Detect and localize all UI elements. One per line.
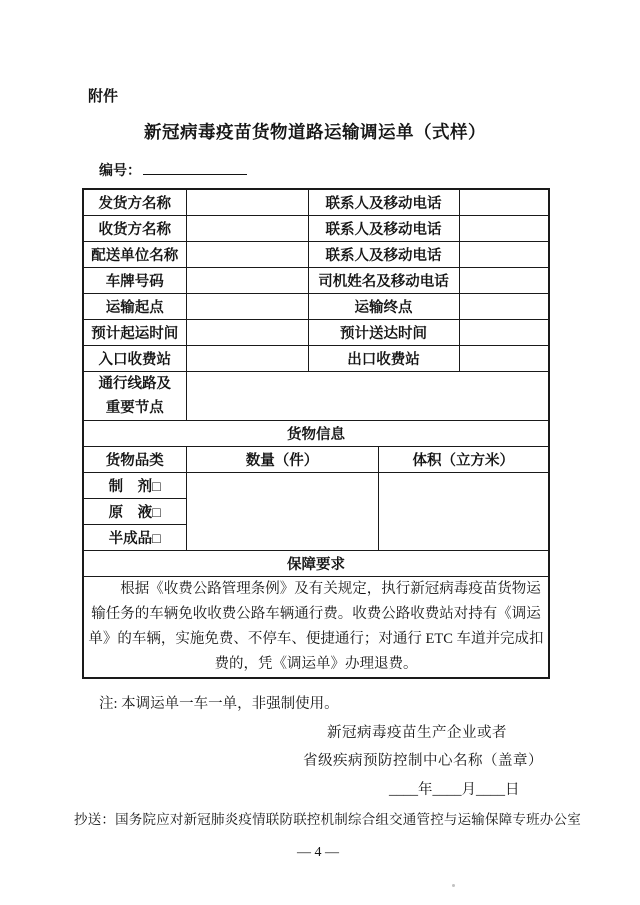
table-row-guarantee-text: 根据《收费公路管理条例》及有关规定，执行新冠病毒疫苗货物运输任务的车辆免收收费公…: [83, 576, 549, 678]
field-value: [186, 215, 308, 241]
cc-line: 抄送：国务院应对新冠肺炎疫情联防联控机制综合组交通管控与运输保障专班办公室: [74, 808, 581, 828]
dispatch-form-table: 发货方名称 联系人及移动电话 收货方名称 联系人及移动电话 配送单位名称 联系人…: [82, 188, 550, 679]
cargo-volume-value: [378, 472, 549, 550]
route-label-line1: 通行线路及: [88, 372, 182, 396]
footer-note: 注: 本调运单一车一单，非强制使用。: [99, 692, 339, 713]
signature-line-2: 省级疾病预防控制中心名称（盖章）: [303, 749, 543, 770]
field-value: [459, 215, 549, 241]
table-row: 预计起运时间 预计送达时间: [83, 319, 549, 345]
document-page: 附件 新冠病毒疫苗货物道路运输调运单（式样） 编号： 发货方名称 联系人及移动电…: [0, 0, 640, 905]
field-value: [459, 293, 549, 319]
cargo-category-checkbox: 制 剂□: [83, 472, 186, 498]
cargo-quantity-value: [186, 472, 378, 550]
field-value: [186, 267, 308, 293]
table-row-cargo: 制 剂□: [83, 472, 549, 498]
field-value: [459, 345, 549, 371]
route-label: 通行线路及 重要节点: [83, 371, 186, 420]
field-label: 联系人及移动电话: [308, 189, 459, 215]
date-line: ____年____月____日: [389, 778, 520, 799]
table-row-guarantee-header: 保障要求: [83, 550, 549, 576]
field-label: 预计起运时间: [83, 319, 186, 345]
cargo-category-checkbox: 半成品□: [83, 524, 186, 550]
document-number-blank: [143, 160, 247, 175]
table-row: 运输起点 运输终点: [83, 293, 549, 319]
field-value: [459, 241, 549, 267]
field-label: 配送单位名称: [83, 241, 186, 267]
route-value: [186, 371, 549, 420]
field-label: 联系人及移动电话: [308, 215, 459, 241]
field-label: 运输终点: [308, 293, 459, 319]
field-value: [186, 189, 308, 215]
table-row: 配送单位名称 联系人及移动电话: [83, 241, 549, 267]
cargo-col-category: 货物品类: [83, 446, 186, 472]
cargo-col-quantity: 数量（件）: [186, 446, 378, 472]
field-value: [459, 267, 549, 293]
table-row: 入口收费站 出口收费站: [83, 345, 549, 371]
field-value: [186, 293, 308, 319]
table-row-cargo-header: 货物信息: [83, 420, 549, 446]
field-label: 车牌号码: [83, 267, 186, 293]
field-value: [459, 189, 549, 215]
table-row: 车牌号码 司机姓名及移动电话: [83, 267, 549, 293]
page-number: — 4 —: [0, 845, 636, 861]
field-label: 司机姓名及移动电话: [308, 267, 459, 293]
signature-line-1: 新冠病毒疫苗生产企业或者: [327, 721, 507, 742]
field-label: 预计送达时间: [308, 319, 459, 345]
field-value: [459, 319, 549, 345]
document-number-label: 编号：: [99, 162, 141, 178]
attachment-label: 附件: [88, 85, 118, 106]
document-title: 新冠病毒疫苗货物道路运输调运单（式样）: [0, 119, 630, 144]
table-row: 发货方名称 联系人及移动电话: [83, 189, 549, 215]
field-value: [186, 241, 308, 267]
cargo-section-header: 货物信息: [83, 420, 549, 446]
table-row-cargo-columns: 货物品类 数量（件） 体积（立方米）: [83, 446, 549, 472]
field-label: 运输起点: [83, 293, 186, 319]
table-row-route: 通行线路及 重要节点: [83, 371, 549, 420]
field-value: [186, 345, 308, 371]
guarantee-text: 根据《收费公路管理条例》及有关规定，执行新冠病毒疫苗货物运输任务的车辆免收收费公…: [83, 576, 549, 678]
field-label: 联系人及移动电话: [308, 241, 459, 267]
scan-artifact: [452, 884, 455, 887]
table-row: 收货方名称 联系人及移动电话: [83, 215, 549, 241]
cargo-category-checkbox: 原 液□: [83, 498, 186, 524]
field-label: 发货方名称: [83, 189, 186, 215]
document-number: 编号：: [99, 160, 247, 180]
field-label: 入口收费站: [83, 345, 186, 371]
route-label-line2: 重要节点: [88, 396, 182, 420]
cargo-col-volume: 体积（立方米）: [378, 446, 549, 472]
field-label: 出口收费站: [308, 345, 459, 371]
guarantee-section-header: 保障要求: [83, 550, 549, 576]
field-label: 收货方名称: [83, 215, 186, 241]
field-value: [186, 319, 308, 345]
